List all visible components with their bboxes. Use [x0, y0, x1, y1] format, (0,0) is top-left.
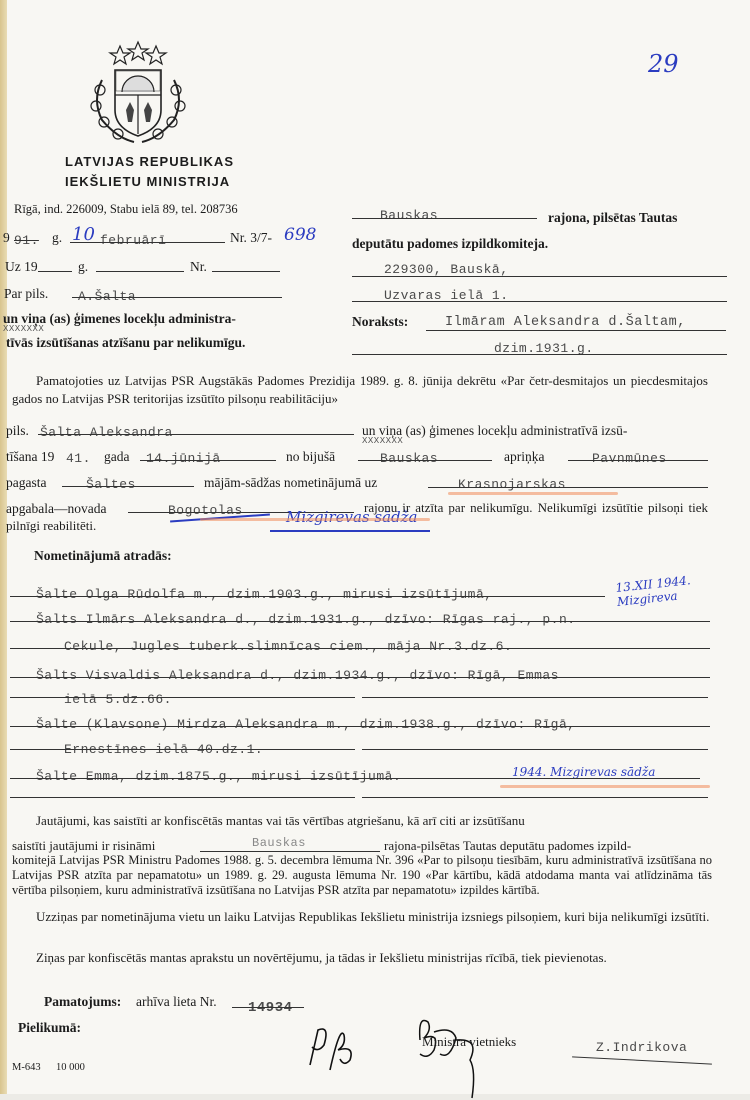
list-item-4-line1: Šalte (Klavsone) Mirdza Aleksandra m., d…	[36, 717, 576, 732]
uz-nr-label: Nr.	[190, 259, 207, 275]
pagasts-typed: Pavnmūnes	[592, 451, 667, 466]
apr-typed: Bauskas	[380, 451, 438, 466]
list-item-4-rule-a	[10, 749, 355, 750]
uz-year-line	[38, 271, 72, 272]
signatory-typed: Z.Indrikova	[596, 1040, 687, 1055]
date-prefix: 9	[3, 230, 10, 246]
list-heading: Nometinājumā atradās:	[34, 548, 172, 564]
ministry-address: Rīgā, ind. 226009, Stabu ielā 89, tel. 2…	[14, 202, 238, 217]
footer-p3: Ziņas par konfiscētās mantas aprakstu un…	[12, 950, 712, 966]
list-item-2-strike	[10, 621, 710, 622]
pils-label: pils.	[6, 423, 29, 439]
orange-highlight-mark	[448, 492, 618, 495]
aprinka-label: apriņķa	[504, 449, 544, 465]
year-typed: 41.	[66, 451, 91, 466]
par-pils-label: Par pils.	[4, 286, 48, 302]
gada-label: gada	[104, 449, 129, 465]
form-code: M-643	[12, 1062, 41, 1073]
binding-edge	[0, 0, 7, 1100]
archive-number: 14934	[248, 1000, 293, 1016]
list-item-3-line2: ielā 5.dz.66.	[64, 692, 172, 707]
footer-p2: Uzziņas par nometinājuma vietu un laiku …	[12, 909, 712, 925]
date-month-typed: februārī	[100, 233, 166, 248]
list-item-2-line2: Cekule, Jugles tuberk.slimnīcas ciem., m…	[64, 639, 512, 654]
uz-g-label: g.	[78, 259, 88, 275]
footer-p1-rest: komitejā Latvijas PSR Ministru Padomes 1…	[12, 853, 712, 898]
list-item-3-strike	[10, 677, 710, 678]
pielikuma-label: Pielikumā:	[18, 1020, 81, 1036]
ref-nr-label: Nr. 3/7-	[230, 230, 272, 246]
signatory-line	[572, 1056, 712, 1064]
noraksts-line1-rule	[426, 330, 726, 331]
recipient-address-line1-rule	[352, 276, 727, 277]
list-item-1-handwritten: 13.XII 1944. Mizgireva	[615, 567, 750, 609]
year-prefix: tīšana 19	[6, 449, 54, 465]
pagasts-line	[568, 460, 708, 461]
pamatojums-label: Pamatojums:	[44, 994, 121, 1010]
uz-nr-line	[212, 271, 280, 272]
apr-line	[358, 460, 492, 461]
intro-paragraph: Pamatojoties uz Latvijas PSR Augstākās P…	[12, 372, 708, 408]
list-item-3-rule-a	[10, 697, 355, 698]
signature-deputy-minister-icon	[410, 1010, 500, 1100]
maja-line	[62, 486, 194, 487]
ministry-name-line1: LATVIJAS REPUBLIKAS	[65, 154, 234, 169]
noraksts-line2-rule	[352, 354, 727, 355]
latvia-coat-of-arms-icon	[82, 40, 194, 150]
list-item-4-rule-b	[362, 749, 708, 750]
list-item-2-line1: Šalts Ilmārs Aleksandra d., dzim.1931.g.…	[36, 612, 576, 627]
list-item-5: Šalte Emma, dzim.1875.g., mirusi izsūtīj…	[36, 769, 401, 784]
uz-date-line	[96, 271, 184, 272]
footer-p1-line1: Jautājumi, kas saistīti ar konfiscētās m…	[36, 812, 716, 830]
pagasta-label: pagasta	[6, 475, 46, 491]
list-end-rule-b	[362, 797, 708, 798]
page-bottom-edge	[0, 1094, 750, 1100]
no-bijusa-label: no bijušā	[286, 449, 335, 465]
list-item-3-line1: Šalts Visvaldis Aleksandra d., dzim.1934…	[36, 668, 559, 683]
date-g-label: g.	[52, 230, 62, 246]
page-number-handwritten: 29	[648, 50, 679, 78]
print-run: 10 000	[56, 1062, 85, 1073]
nometinajuma-label: mājām-sādžas nometinājumā uz	[204, 475, 377, 491]
recipient-district-typed: Bauskas	[380, 208, 438, 223]
list-item-1-strike	[10, 596, 605, 597]
pamatojums-text: arhīva lieta Nr.	[136, 994, 217, 1010]
list-item-1: Šalte Olga Rūdolfa m., dzim.1903.g., mir…	[36, 587, 493, 602]
family-xxx: XXXXXXX	[362, 436, 403, 446]
footer-district-line	[200, 851, 380, 852]
list-item-4-strike	[10, 726, 710, 727]
role-label: Ministra vietnieks	[422, 1034, 516, 1050]
recipient-district-line	[352, 218, 537, 219]
ministry-name-line2: IEKŠLIETU MINISTRIJA	[65, 174, 230, 189]
recipient-line2: deputātu padomes izpildkomiteja.	[352, 236, 548, 252]
kraj-typed: Krasnojarskas	[458, 477, 566, 492]
kraj-line	[428, 487, 708, 488]
signature-initials-icon	[300, 1015, 370, 1080]
orange-highlight-mark-3	[500, 785, 710, 788]
date-typed: 14.jūnijā	[146, 451, 221, 466]
noraksts-line1: Ilmāram Aleksandra d.Šaltam,	[445, 315, 686, 330]
ref-nr-handwritten: 698	[284, 225, 316, 245]
recipient-address-line2-rule	[352, 301, 727, 302]
subject-xxx: XXXXXXX	[3, 324, 44, 334]
uz-label: Uz 19	[5, 259, 38, 275]
list-item-2-line2-strike	[10, 648, 710, 649]
pils-value: Šalta Aleksandra	[40, 425, 173, 440]
list-item-3-rule-b	[362, 697, 708, 698]
list-end-rule-a	[10, 797, 355, 798]
recipient-line1-suffix: rajona, pilsētas Tautas	[548, 210, 677, 226]
list-item-5-handwritten: 1944. Mizgirevas sādža	[512, 765, 655, 779]
maja-typed: Šaltes	[86, 477, 136, 492]
footer-district-typed: Bauskas	[252, 836, 306, 850]
list-item-5-strike	[10, 778, 700, 779]
conclusion-text: rajonu ir atzīta par nelikumīgu. Nelikum…	[6, 499, 708, 535]
subject-line2: tīvās izsūtīšanas atzīšanu par nelikumīg…	[6, 335, 245, 351]
recipient-address-line1: 229300, Bauskā,	[384, 262, 509, 277]
par-pils-line	[72, 297, 282, 298]
pils-line	[38, 434, 354, 435]
date-typed-line	[140, 460, 276, 461]
date-year-typed: 91.	[14, 233, 39, 248]
archive-number-line	[232, 1007, 304, 1008]
date-line	[70, 242, 225, 243]
noraksts-label: Noraksts:	[352, 314, 408, 330]
